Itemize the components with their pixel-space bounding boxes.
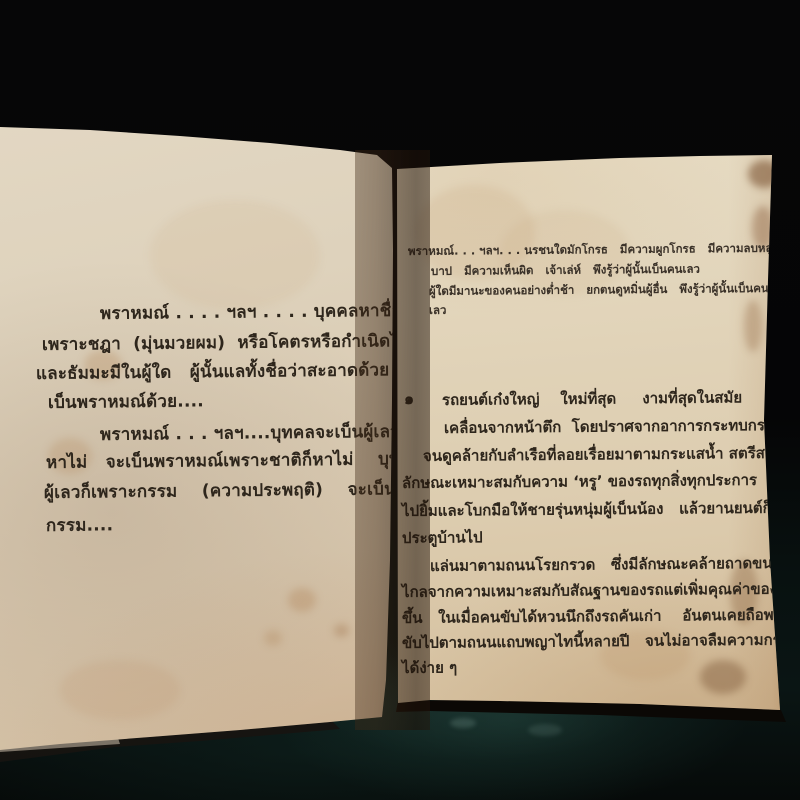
right-page-quote-line: พราหมณ์. . . ฯลฯ. . . นรชนใดมักโกรธ มีคว… (408, 240, 798, 261)
left-page-text-line: กรรม.... (46, 511, 113, 539)
right-page-body-line: จนดูคล้ายกับลำเรือที่ลอยเรื่อยมาตามกระแส… (423, 441, 800, 468)
book-photo: พราหมณ์ . . . . ฯลฯ . . . . บุคคลหาชื่อว… (0, 0, 800, 800)
section-number: ๑ (404, 387, 414, 412)
right-page-body-line: เคลื่อนจากหน้าตึก โดยปราศจากอาการกระทบกร… (444, 413, 800, 440)
stain (288, 588, 316, 612)
right-page-body-line: ไปยิ้มและโบกมือให้ชายรุ่นหนุ่มผู้เบ็นน้อ… (402, 495, 800, 523)
stain (150, 200, 320, 310)
left-page-text-line: เบ็นพราหมณ์ด้วย.... (48, 387, 204, 416)
stain (60, 660, 180, 720)
right-page-body-line: ลักษณะเหมาะสมกับความ ‘หรู’ ของรถทุกสิ่งท… (402, 467, 800, 495)
right-page-body-line: รถยนต์เก๋งใหญ่ ใหม่ที่สุด งามที่สุดในสมั… (442, 385, 742, 412)
right-page-quote-line: เลว (429, 302, 447, 320)
right-page-body-line: ขับไปตามถนนแถบพญาไทนี้หลายปี จนไม่อาจลืม… (402, 627, 800, 655)
surface-glint (528, 724, 562, 736)
surface-glint (450, 718, 476, 728)
right-page-body-line: ประตูบ้านไป (402, 525, 483, 550)
right-page-body-line: ไกลจากความเหมาะสมกับสัณฐานของรถแต่เพิ่มค… (402, 576, 800, 604)
right-page-quote-line: บาป มีความเห็นผิด เจ้าเล่ห์ พึงรู้ว่าผู้… (431, 261, 700, 281)
right-page-body-line: แล่นมาตามถนนโรยกรวด ซึ่งมีลักษณะคล้ายถาด… (430, 551, 800, 578)
right-page-quote-line: ผู้ใดมีมานะของคนอย่างต่ำช้า ยกตนดูหมิ่นผ… (429, 280, 769, 301)
right-page-body-line: ขึ้น ในเมื่อคนขับได้หวนนึกถึงรถคันเก่า อ… (402, 602, 800, 630)
stain (748, 160, 780, 188)
right-page-body-line: ได้ง่าย ๆ (402, 656, 457, 680)
stain (700, 660, 746, 694)
stain (264, 630, 282, 646)
stain (334, 624, 349, 637)
stain (744, 300, 762, 352)
